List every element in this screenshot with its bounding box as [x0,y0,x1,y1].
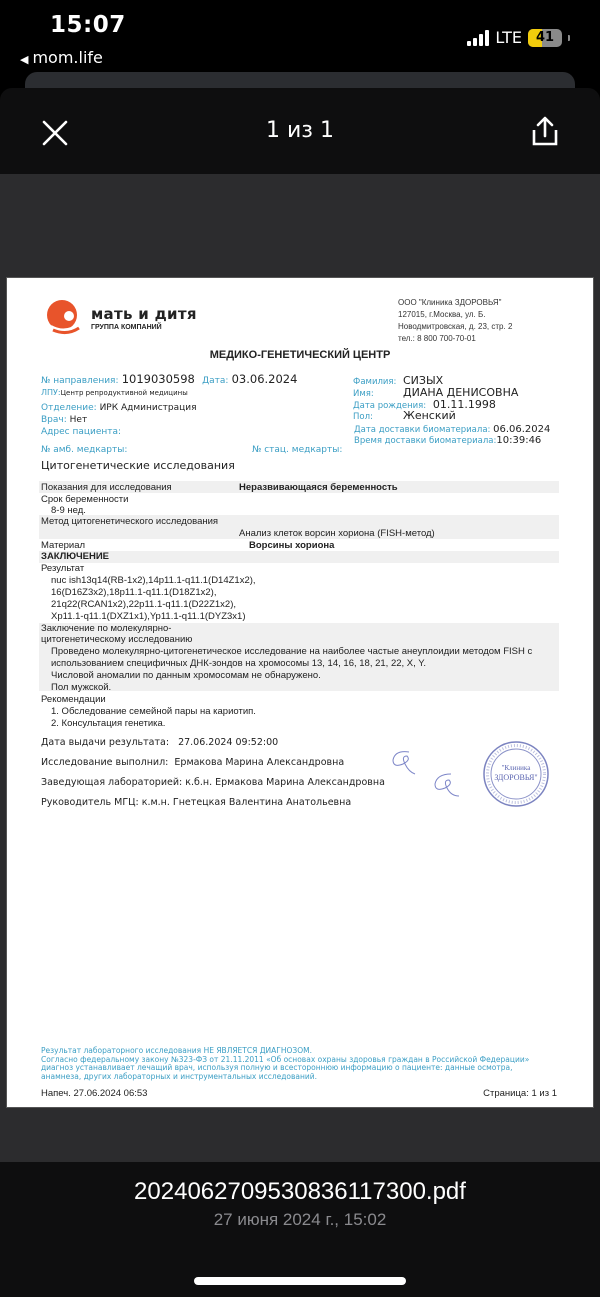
status-time: 15:07 [50,12,126,38]
material-label: Материал [41,540,85,551]
file-info: 2024062709530836117300.pdf 27 июня 2024 … [0,1178,600,1230]
issue-date-value: 27.06.2024 09:52:00 [178,737,278,748]
status-bar: 15:07 ◀mom.life LTE 41 [0,0,600,74]
delivery-date-label: Дата доставки биоматериала: [354,425,490,435]
performed-value: Ермакова Марина Александровна [174,757,344,768]
network-type: LTE [495,28,522,47]
doctor-row: Врач: Нет [41,415,87,425]
result-line: nuc ish13q14(RB-1x2),14p11.1-q11.1(D14Z1… [51,575,256,586]
delivery-time-row: Время доставки биоматериала:10:39:46 [354,435,541,446]
referral-number: 1019030598 [122,372,195,386]
conclusion-header: ЗАКЛЮЧЕНИЕ [41,551,109,562]
sex-row: Пол:Женский [353,409,456,422]
back-app-name: mom.life [32,48,102,67]
mol-conclusion-line: Проведено молекулярно-цитогенетическое и… [51,646,532,657]
performed-label: Исследование выполнил: [41,757,168,768]
share-icon [530,116,560,148]
sex-value: Женский [403,409,456,422]
mol-conclusion-line: Пол мужской. [51,682,111,693]
result-line: Xp11.1-q11.1(DXZ1x1),Yp11.1-q11.1(DYZ3x1… [51,611,246,622]
lab-head-value: к.б.н. Ермакова Марина Александровна [185,777,385,788]
mother-child-logo-icon [45,298,85,338]
section-title: Цитогенетические исследования [41,459,235,472]
department-row: Отделение: ИРК Администрация [41,403,197,413]
clinic-address-1: 127015, г.Москва, ул. Б. [398,309,512,321]
clinic-phone: тел.: 8 800 700-70-01 [398,333,512,345]
method-label: Метод цитогенетического исследования [41,516,218,527]
clinic-address-2: Новодмитровская, д. 23, стр. 2 [398,321,512,333]
mol-conclusion-label: цитогенетическому исследованию [41,634,192,645]
battery-tip [568,35,570,41]
clinic-stamp: "Клиника ЗДОРОВЬЯ" [482,740,550,808]
home-indicator[interactable] [194,1277,406,1285]
mol-conclusion-line: Числовой аномалии по данным хромосомам н… [51,670,321,681]
disclaimer-note: Результат лабораторного исследования НЕ … [41,1047,529,1081]
referral-number-label: № направления: [41,376,119,386]
pdf-page: мать и дитя ГРУППА КОМПАНИЙ ООО "Клиника… [6,277,594,1108]
printed-date: Напеч. 27.06.2024 06:53 [41,1088,147,1099]
mol-conclusion-line: использованием специфичных ДНК-зондов на… [51,658,426,669]
sex-label: Пол: [353,412,403,422]
department-value: ИРК Администрация [100,403,197,413]
stamp-line-2: ЗДОРОВЬЯ" [482,773,550,782]
share-button[interactable] [530,116,560,148]
delivery-time-value: 10:39:46 [496,435,541,446]
department-label: Отделение: [41,403,97,413]
document-viewer[interactable]: мать и дитя ГРУППА КОМПАНИЙ ООО "Клиника… [0,174,600,1162]
doctor-label: Врач: [41,415,67,425]
referral-number-row: № направления: 1019030598 Дата: 03.06.20… [41,372,297,386]
performed-row: Исследование выполнил: Ермакова Марина А… [41,757,344,768]
address-label: Адрес пациента: [41,427,121,437]
referral-date: 03.06.2024 [232,372,298,386]
stac-card-label: № стац. медкарты: [252,445,342,455]
mgc-head-row: Руководитель МГЦ: к.м.н. Гнетецкая Вален… [41,797,351,808]
file-name: 2024062709530836117300.pdf [0,1178,600,1206]
page-info: Страница: 1 из 1 [483,1088,557,1099]
mgc-head-value: к.м.н. Гнетецкая Валентина Анатольевна [142,797,351,808]
disclaimer-line: анамнеза, других лабораторных и инструме… [41,1073,529,1082]
clinic-info: ООО "Клиника ЗДОРОВЬЯ" 127015, г.Москва,… [398,297,512,345]
page-counter: 1 из 1 [0,118,600,143]
material-value: Ворсины хориона [249,540,334,551]
result-label: Результат [41,563,84,574]
stamp-line-1: "Клиника [482,764,550,772]
delivery-date-value: 06.06.2024 [493,424,550,435]
recommendations-label: Рекомендации [41,694,106,705]
referral-date-label: Дата: [202,376,228,386]
amb-card-label: № амб. медкарты: [41,445,127,455]
viewer-header: 1 из 1 [0,88,600,174]
result-line: 21q22(RCAN1x2),22p11.1-q11.1(D22Z1x2), [51,599,236,610]
indication-value: Неразвивающаяся беременность [239,482,398,493]
mol-conclusion-label: Заключение по молекулярно- [41,623,171,634]
lpu-row: ЛПУ:Центр репродуктивной медицины [41,388,188,397]
delivery-date-row: Дата доставки биоматериала: 06.06.2024 [354,424,550,435]
signature-1-icon [387,746,419,778]
battery-icon: 41 [528,29,562,47]
method-value: Анализ клеток ворсин хориона (FISH-метод… [239,528,435,539]
term-label: Срок беременности [41,494,128,505]
delivery-time-label: Время доставки биоматериала: [354,436,496,446]
lpu-label: ЛПУ: [41,388,61,397]
indication-label: Показания для исследования [41,482,172,493]
lab-head-row: Заведующая лабораторией: к.б.н. Ермакова… [41,777,385,788]
recommendation-item: 2. Консультация генетика. [51,718,165,729]
file-date: 27 июня 2024 г., 15:02 [0,1210,600,1230]
clinic-name: ООО "Клиника ЗДОРОВЬЯ" [398,297,512,309]
issue-date-label: Дата выдачи результата: [41,737,169,748]
clinic-logo: мать и дитя ГРУППА КОМПАНИЙ [45,298,197,338]
status-indicators: LTE 41 [467,28,570,47]
center-title: МЕДИКО-ГЕНЕТИЧЕСКИЙ ЦЕНТР [7,349,593,361]
recommendation-item: 1. Обследование семейной пары на кариоти… [51,706,256,717]
logo-subtitle: ГРУППА КОМПАНИЙ [91,324,197,331]
signal-icon [467,30,489,46]
lab-head-label: Заведующая лабораторией: [41,777,182,788]
back-triangle-icon: ◀ [20,53,28,66]
issue-date-row: Дата выдачи результата: 27.06.2024 09:52… [41,737,278,748]
logo-title: мать и дитя [91,305,197,323]
term-value: 8-9 нед. [51,505,86,516]
signature-2-icon [431,770,463,800]
back-to-app-link[interactable]: ◀mom.life [20,48,103,67]
row-bg [39,551,559,563]
lpu-value: Центр репродуктивной медицины [61,389,188,397]
battery-level: 41 [528,29,562,47]
mgc-head-label: Руководитель МГЦ: [41,797,139,808]
result-line: 16(D16Z3x2),18p11.1-q11.1(D18Z1x2), [51,587,216,598]
doctor-value: Нет [70,415,88,425]
